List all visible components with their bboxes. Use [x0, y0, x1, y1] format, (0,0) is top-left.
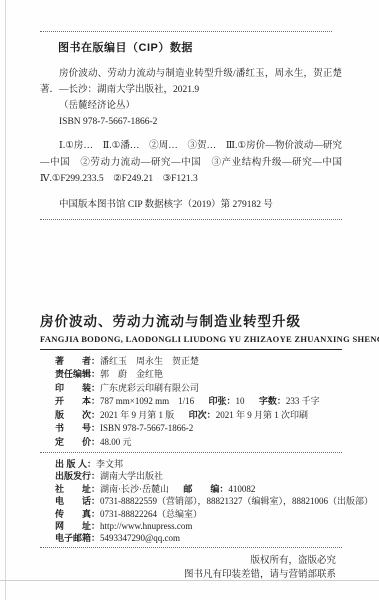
page-content: 图书在版编目（CIP）数据 房价波动、劳动力流动与制造业转型升级/潘红玉，周永生… [40, 0, 342, 583]
info-label: 字数： [259, 396, 286, 406]
info-label: 印张： [209, 396, 236, 406]
info-value: 0731-88822559（营销部），88821327（编辑室），8882100… [100, 496, 373, 506]
info-value: 233 千字 [286, 396, 320, 406]
info-pair: 传 真：0731-88822264（总编室） [55, 509, 202, 519]
info-label: 电 话： [55, 496, 100, 506]
divider-dotted-mid [40, 219, 342, 220]
info-row: 开 本：787 mm×1092 mm 1/16印张：10字数：233 千字 [40, 395, 342, 409]
info-pair: 邮 编：410082 [183, 484, 255, 494]
info-pair: 版 次：2021 年 9 月第 1 版 [55, 410, 174, 420]
info-value: 2021 年 9 月第 1 次印刷 [216, 410, 308, 420]
info-value: 湖南·长沙·岳麓山 [100, 484, 169, 494]
info-row: 版 次：2021 年 9 月第 1 版印次：2021 年 9 月第 1 次印刷 [40, 409, 342, 423]
info-value: 郭 蔚 金红艳 [100, 369, 163, 379]
info-label: 开 本： [55, 396, 100, 406]
info-pair: 印次：2021 年 9 月第 1 次印刷 [189, 410, 308, 420]
info-value: 潘红玉 周永生 贺正楚 [100, 356, 199, 366]
info-pair: 定 价：48.00 元 [55, 437, 132, 447]
info-label: 书 号： [55, 423, 100, 433]
info-row: 电 话：0731-88822559（营销部），88821327（编辑室），888… [40, 495, 342, 507]
cip-entry-block: 房价波动、劳动力流动与制造业转型升级/潘红玉，周永生，贺正楚著．—长沙：湖南大学… [40, 66, 342, 130]
copyright-notice-line2: 图书凡有印装差错，请与营销部联系 [40, 568, 336, 583]
info-row: 出 版 人：李文邦 [40, 458, 342, 470]
info-value: 2021 年 9 月第 1 版 [100, 410, 174, 420]
info-row: 著 者：潘红玉 周永生 贺正楚 [40, 355, 342, 369]
series-note: （岳麓经济论丛） [40, 98, 342, 114]
cip-record-number: 中国版本图书馆 CIP 数据核字（2019）第 279182 号 [40, 197, 342, 213]
info-pair: 著 者：潘红玉 周永生 贺正楚 [55, 356, 199, 366]
info-pair: 网 址：http://www.hnupress.com [55, 521, 192, 531]
info-label: 传 真： [55, 509, 100, 519]
info-pair: 社 址：湖南·长沙·岳麓山 [55, 484, 169, 494]
info-row: 定 价：48.00 元 [40, 436, 342, 450]
info-label: 电子邮箱： [55, 533, 100, 543]
info-label: 社 址： [55, 484, 100, 494]
info-label: 出 版 人： [55, 459, 96, 469]
info-pair: 出版发行：湖南大学出版社 [55, 471, 163, 481]
copyright-notice: 版权所有，盗版必究 图书凡有印装差错，请与营销部联系 [40, 554, 342, 583]
info-row: 书 号：ISBN 978-7-5667-1866-2 [40, 422, 342, 436]
book-title-pinyin: FANGJIA BODONG, LAODONGLI LIUDONG YU ZHI… [40, 334, 342, 344]
cip-classification: Ⅰ.①房… Ⅱ.①潘… ②周… ③贺… Ⅲ.①房价—物价波动—研究—中国 ②劳动… [40, 138, 342, 188]
info-label: 网 址： [55, 521, 100, 531]
info-value: 48.00 元 [100, 437, 132, 447]
info-pair: 印 装：广东虎彩云印刷有限公司 [55, 383, 199, 393]
info-value: 广东虎彩云印刷有限公司 [100, 383, 199, 393]
book-title: 房价波动、劳动力流动与制造业转型升级 [40, 310, 342, 330]
divider-dotted-low [40, 452, 342, 453]
info-row: 责任编辑：郭 蔚 金红艳 [40, 368, 342, 382]
info-value: 湖南大学出版社 [100, 471, 163, 481]
cip-header: 图书在版编目（CIP）数据 [58, 39, 342, 55]
info-value: ISBN 978-7-5667-1866-2 [100, 423, 193, 433]
info-pair: 字数：233 千字 [259, 396, 320, 406]
info-row: 社 址：湖南·长沙·岳麓山邮 编：410082 [40, 483, 342, 495]
info-pair: 电子邮箱：5493347290@qq.com [55, 533, 180, 543]
info-value: 787 mm×1092 mm 1/16 [100, 396, 194, 406]
info-value: 5493347290@qq.com [100, 533, 180, 543]
info-label: 印次： [189, 410, 216, 420]
divider-dotted-bottom [40, 547, 342, 548]
page-left-edge [5, 0, 6, 600]
info-label: 邮 编： [183, 484, 228, 494]
info-value: 李文邦 [96, 459, 123, 469]
info-pair: 电 话：0731-88822559（营销部），88821327（编辑室），888… [55, 496, 373, 506]
publication-info-table: 著 者：潘红玉 周永生 贺正楚责任编辑：郭 蔚 金红艳印 装：广东虎彩云印刷有限… [40, 355, 342, 450]
info-pair: 责任编辑：郭 蔚 金红艳 [55, 369, 163, 379]
info-row: 传 真：0731-88822264（总编室） [40, 508, 342, 520]
publisher-contact-table: 出 版 人：李文邦出版发行：湖南大学出版社社 址：湖南·长沙·岳麓山邮 编：41… [40, 458, 342, 545]
info-pair: 出 版 人：李文邦 [55, 459, 123, 469]
book-copyright-page: 图书在版编目（CIP）数据 房价波动、劳动力流动与制造业转型升级/潘红玉，周永生… [0, 0, 379, 600]
info-pair: 书 号：ISBN 978-7-5667-1866-2 [55, 423, 193, 433]
info-pair: 开 本：787 mm×1092 mm 1/16 [55, 396, 194, 406]
divider-dotted-top [40, 31, 332, 32]
info-row: 印 装：广东虎彩云印刷有限公司 [40, 382, 342, 396]
info-pair: 印张：10 [209, 396, 245, 406]
info-label: 出版发行： [55, 471, 100, 481]
info-label: 版 次： [55, 410, 100, 420]
info-row: 出版发行：湖南大学出版社 [40, 470, 342, 482]
info-value: 0731-88822264（总编室） [100, 509, 202, 519]
info-value: http://www.hnupress.com [100, 521, 192, 531]
info-label: 著 者： [55, 356, 100, 366]
isbn-line: ISBN 978-7-5667-1866-2 [40, 114, 342, 130]
info-value: 10 [236, 396, 245, 406]
copyright-notice-line1: 版权所有，盗版必究 [40, 554, 336, 569]
title-block: 房价波动、劳动力流动与制造业转型升级 FANGJIA BODONG, LAODO… [40, 310, 342, 344]
info-label: 定 价： [55, 437, 100, 447]
info-row: 电子邮箱：5493347290@qq.com [40, 532, 342, 544]
divider-solid [40, 349, 342, 350]
info-value: 410082 [228, 484, 255, 494]
info-row: 网 址：http://www.hnupress.com [40, 520, 342, 532]
info-label: 责任编辑： [55, 369, 100, 379]
cip-entry-text: 房价波动、劳动力流动与制造业转型升级/潘红玉，周永生，贺正楚著．—长沙：湖南大学… [40, 66, 342, 98]
info-label: 印 装： [55, 383, 100, 393]
